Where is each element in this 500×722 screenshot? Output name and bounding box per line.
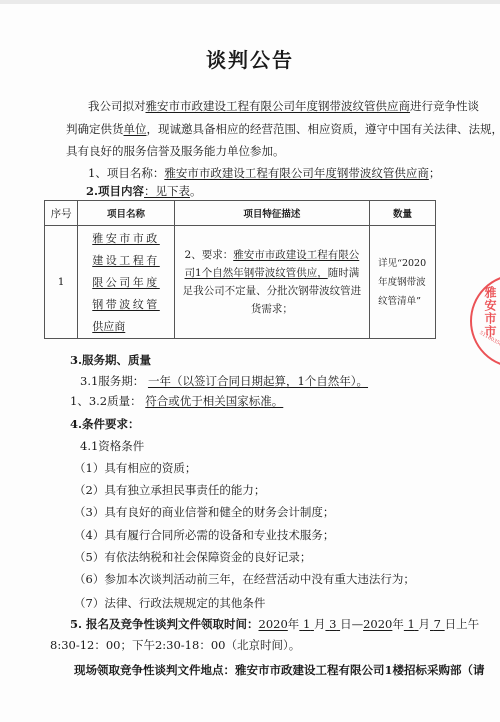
qualification-item: （6）参加本次谈判活动前三年，在经营活动中没有重大违法行为； bbox=[74, 571, 415, 587]
pickup-location: 现场领取竞争性谈判文件地点：雅安市市政建设工程有限公司1楼招标采购部（请 bbox=[74, 662, 485, 678]
qualification-item: （4）具有履行合同所必需的设备和专业技术服务； bbox=[74, 527, 334, 543]
header-seq: 序号 bbox=[45, 201, 78, 226]
company-seal-stamp: 雅安市市 51180350 bbox=[470, 274, 500, 368]
quality: 1、3.2质量： 符合或优于相关国家标准。 bbox=[70, 393, 283, 409]
qualification-item: （1）具有相应的资质； bbox=[74, 460, 196, 476]
service-period: 3.1服务期： 一年（以签订合同日期起算，1个自然年）。 bbox=[80, 373, 368, 389]
project-table: 序号 项目名称 项目特征描述 数量 1 雅安市市政 建设工程有 限公司年度 钢带… bbox=[44, 200, 436, 339]
section1-project-name: 1、项目名称：雅安市市政建设工程有限公司年度钢带波纹管供应商； bbox=[88, 165, 440, 181]
page-title: 谈判公告 bbox=[0, 44, 500, 73]
cell-seq: 1 bbox=[45, 226, 78, 339]
cell-name: 雅安市市政 建设工程有 限公司年度 钢带波纹管 供应商 bbox=[78, 226, 174, 339]
qualification-item: （7）法律、行政法规规定的其他条件 bbox=[74, 595, 265, 611]
qualification-item: （5）有依法纳税和社会保障资金的良好记录； bbox=[74, 549, 311, 565]
qualification-item: （3）具有良好的商业信誉和健全的财务会计制度； bbox=[74, 504, 334, 520]
cell-desc: 2、要求：雅安市市政建设工程有限公司1个自然年钢带波纹管供应，随时满足我公司不定… bbox=[174, 226, 369, 339]
section3-heading: 3.服务期、质量 bbox=[70, 352, 151, 368]
cell-qty: 详见“2020 年度钢带波 纹管清单” bbox=[370, 226, 436, 339]
intro-project-name: 雅安市市政建设工程有限公司年度钢带波纹管供应商 bbox=[146, 99, 411, 113]
intro-line-2: 判确定供货单位，现诚邀具备相应的经营范围、相应资质，遵守中国有关法律、法规， bbox=[66, 121, 500, 137]
header-desc: 项目特征描述 bbox=[174, 201, 369, 226]
qualification-item: （2）具有独立承担民事责任的能力； bbox=[74, 482, 265, 498]
table-row: 1 雅安市市政 建设工程有 限公司年度 钢带波纹管 供应商 2、要求：雅安市市政… bbox=[45, 226, 436, 339]
registration-time-line-2: 8:30-12：00；下午2:30-18：00（北京时间）。 bbox=[50, 637, 300, 653]
qualification-heading: 4.1资格条件 bbox=[80, 438, 144, 454]
registration-time: 5. 报名及竞争性谈判文件领取时间：2020年 1 月 3 日—2020年 1 … bbox=[70, 616, 479, 632]
intro-line-1: 我公司拟对雅安市市政建设工程有限公司年度钢带波纹管供应商进行竞争性谈 bbox=[88, 98, 479, 114]
scan-edge bbox=[0, 0, 500, 4]
intro-line-3: 具有良好的服务信誉及服务能力单位参加。 bbox=[66, 143, 285, 159]
section2-project-content: 2.项目内容：见下表。 bbox=[86, 183, 202, 199]
announcement-page: 谈判公告 我公司拟对雅安市市政建设工程有限公司年度钢带波纹管供应商进行竞争性谈 … bbox=[0, 0, 500, 722]
table-header-row: 序号 项目名称 项目特征描述 数量 bbox=[45, 201, 436, 226]
header-qty: 数量 bbox=[370, 201, 436, 226]
section4-heading: 4.条件要求： bbox=[70, 416, 140, 432]
header-name: 项目名称 bbox=[78, 201, 174, 226]
